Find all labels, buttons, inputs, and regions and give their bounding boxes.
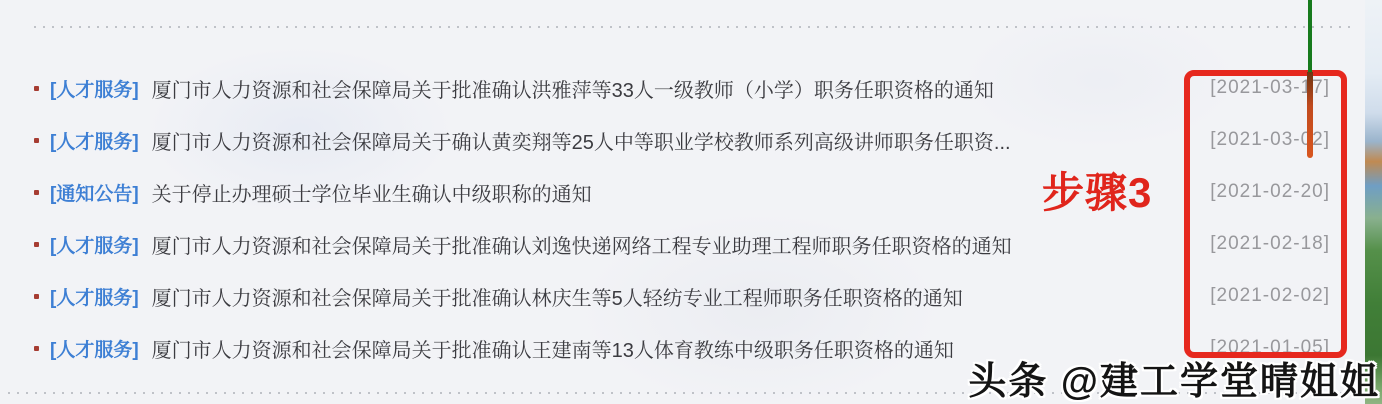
bullet-dot-icon (34, 242, 39, 247)
notice-date: [2021-02-18] (1210, 233, 1330, 255)
notice-title-link[interactable]: 厦门市人力资源和社会保障局关于确认黄奕翔等25人中等职业学校教师系列高级讲师职务… (152, 126, 1011, 155)
notice-row[interactable]: [人才服务] 厦门市人力资源和社会保障局关于批准确认林庆生等5人轻纺专业工程师职… (0, 270, 1330, 322)
notice-date: [2021-03-17] (1210, 77, 1330, 99)
bullet-dot-icon (34, 138, 39, 143)
notice-row[interactable]: [人才服务] 厦门市人力资源和社会保障局关于批准确认刘逸快递网络工程专业助理工程… (0, 218, 1330, 270)
notice-date: [2021-03-02] (1210, 129, 1330, 151)
notice-title-link[interactable]: 厦门市人力资源和社会保障局关于批准确认林庆生等5人轻纺专业工程师职务任职资格的通… (152, 282, 963, 311)
notice-row[interactable]: [人才服务] 厦门市人力资源和社会保障局关于批准确认洪雅萍等33人一级教师（小学… (0, 62, 1330, 114)
bullet-dot-icon (34, 346, 39, 351)
notice-date: [2021-02-02] (1210, 285, 1330, 307)
notice-category[interactable]: [人才服务] (50, 283, 139, 310)
notice-row[interactable]: [通知公告] 关于停止办理硕士学位毕业生确认中级职称的通知 [2021-02-2… (0, 166, 1330, 218)
bullet-dot-icon (34, 86, 39, 91)
notice-category[interactable]: [人才服务] (50, 231, 139, 258)
notice-category[interactable]: [人才服务] (50, 75, 139, 102)
notice-date: [2021-02-20] (1210, 181, 1330, 203)
notice-list: [人才服务] 厦门市人力资源和社会保障局关于批准确认洪雅萍等33人一级教师（小学… (0, 62, 1330, 374)
notice-category[interactable]: [人才服务] (50, 127, 139, 154)
bullet-dot-icon (34, 190, 39, 195)
watermark-text: 头条 @建工学堂晴姐姐 (968, 350, 1380, 404)
notice-title-link[interactable]: 厦门市人力资源和社会保障局关于批准确认洪雅萍等33人一级教师（小学）职务任职资格… (152, 74, 994, 103)
notice-title-link[interactable]: 厦门市人力资源和社会保障局关于批准确认刘逸快递网络工程专业助理工程师职务任职资格… (152, 230, 1012, 259)
notice-list-page: [人才服务] 厦门市人力资源和社会保障局关于批准确认洪雅萍等33人一级教师（小学… (0, 0, 1382, 404)
background-photo-strip (1365, 0, 1382, 404)
notice-row[interactable]: [人才服务] 厦门市人力资源和社会保障局关于确认黄奕翔等25人中等职业学校教师系… (0, 114, 1330, 166)
bullet-dot-icon (34, 294, 39, 299)
notice-title-link[interactable]: 关于停止办理硕士学位毕业生确认中级职称的通知 (152, 178, 592, 207)
dotted-separator-top (34, 26, 1352, 28)
notice-title-link[interactable]: 厦门市人力资源和社会保障局关于批准确认王建南等13人体育教练中级职务任职资格的通… (152, 334, 954, 363)
notice-category[interactable]: [人才服务] (50, 335, 139, 362)
notice-category[interactable]: [通知公告] (50, 179, 139, 206)
